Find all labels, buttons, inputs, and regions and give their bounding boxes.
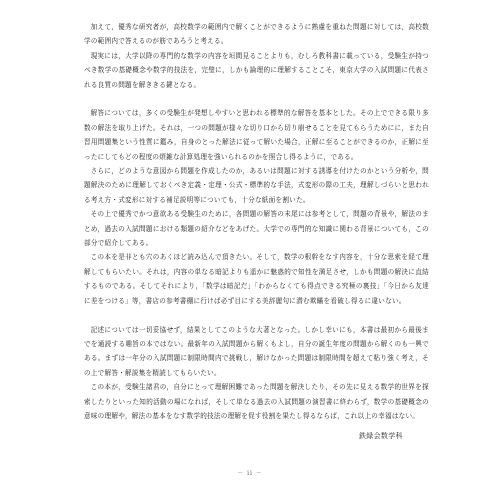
preface-body: 加えて，優秀な研究者が，高校数学の範囲内で解くことができるように熟慮を重ねた問題… [84, 20, 429, 423]
paragraph-solutions: 解答については，多くの受験生が発想しやすいと思われる標準的な解答を基本とした。そ… [84, 106, 429, 164]
paragraph-reading-advice: この本を是非とも穴のあくほど読み込んで頂きたい。そして，数学の根幹をなす内容を，… [84, 250, 429, 308]
paragraph-reality: 現実には，大学以降の専門的な数学の内容を垣間見ることよりも，むしろ教科書に載って… [84, 49, 429, 92]
paragraph-scope: 加えて，優秀な研究者が，高校数学の範囲内で解くことができるように熟慮を重ねた問題… [84, 20, 429, 49]
author-signature: 鉄緑会数学科 [359, 431, 403, 441]
paragraph-closing: この本が，受験生諸君の，自分にとって理解困難であった問題を解決したり，その先に見… [84, 380, 429, 423]
document-page: 加えて，優秀な研究者が，高校数学の範囲内で解くことができるように熟慮を重ねた問題… [0, 0, 500, 500]
paragraph-analysis: さらに，どのような意図から問題を作成したのか，あるいは問題に対する誘導を付けたの… [84, 164, 429, 207]
paragraph-usage: 記述については一切妥協せず，結果としてこのような大著となった。しかし幸いにも，本… [84, 323, 429, 381]
page-number: － ii － [0, 468, 500, 477]
paragraph-background: その上で優秀でかつ意欲ある受験生のために，各問題の解答の末尾には参考として，問題… [84, 207, 429, 250]
